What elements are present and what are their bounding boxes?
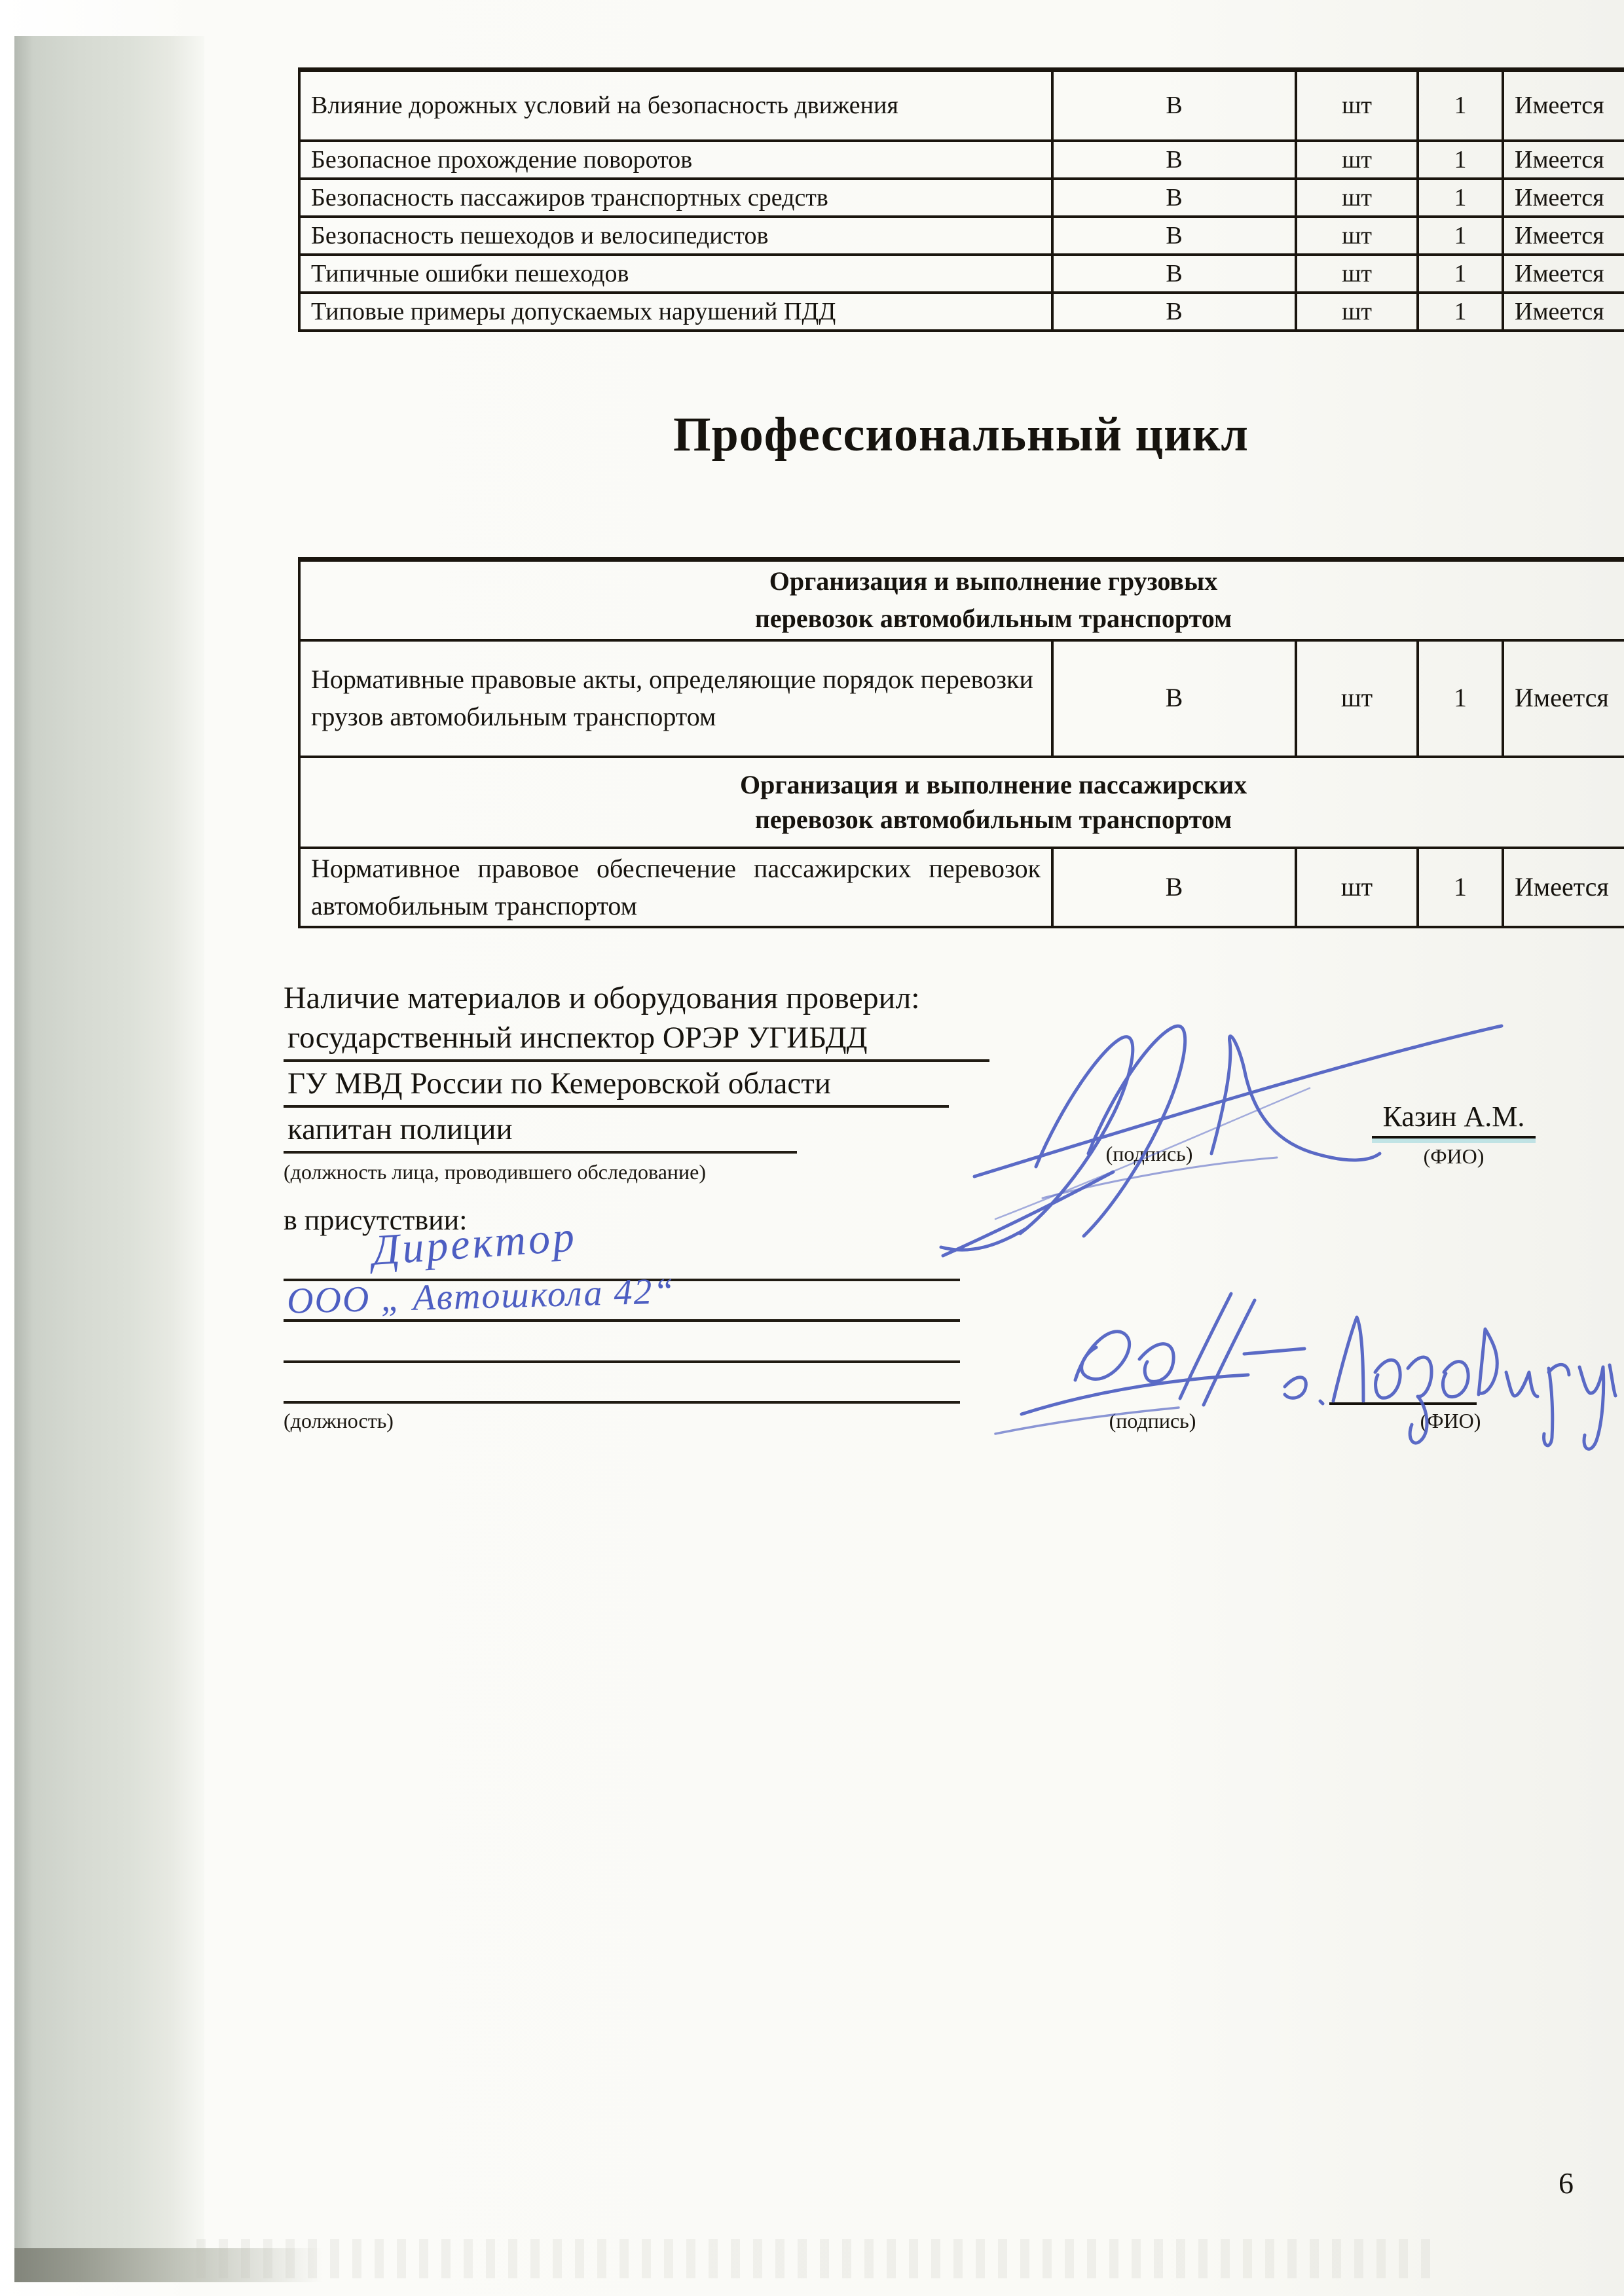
table-row: Типичные ошибки пешеходов В шт 1 Имеется (299, 255, 1624, 293)
grade-cell: В (1052, 179, 1296, 217)
name-caption: (ФИО) (1372, 1144, 1536, 1169)
group-header-line1: Организация и выполнение пассажирских (301, 767, 1624, 803)
qty-cell: 1 (1418, 217, 1503, 255)
position-caption: (должность лица, проводившего обследован… (284, 1160, 706, 1184)
table-row: Нормативное правовое обеспечение пассажи… (299, 848, 1624, 928)
qty-cell: 1 (1418, 141, 1503, 179)
inspector-position-line3: капитан полиции (284, 1112, 797, 1154)
grade-cell: В (1052, 293, 1296, 331)
inspector-signature (941, 1026, 1502, 1256)
table-row: Влияние дорожных условий на безопасность… (299, 70, 1624, 141)
group-header-row: Организация и выполнение грузовых перево… (299, 560, 1624, 640)
unit-cell: шт (1296, 179, 1418, 217)
scan-noise-band (196, 2239, 1441, 2278)
group-header: Организация и выполнение грузовых перево… (299, 560, 1624, 640)
professional-cycle-grid: Организация и выполнение грузовых перево… (298, 557, 1624, 928)
position-caption: (должность) (284, 1409, 394, 1433)
page-number: 6 (1559, 2166, 1574, 2200)
unit-cell: шт (1296, 640, 1418, 757)
equipment-table-grid: Влияние дорожных условий на безопасность… (298, 67, 1624, 332)
group-header-line2: перевозок автомобильным транспортом (301, 802, 1624, 837)
table-row: Безопасность пассажиров транспортных сре… (299, 179, 1624, 217)
professional-cycle-table: Организация и выполнение грузовых перево… (298, 557, 1624, 945)
topic-cell: Типичные ошибки пешеходов (299, 255, 1052, 293)
status-cell: Имеется (1503, 179, 1624, 217)
qty-cell: 1 (1418, 70, 1503, 141)
status-cell: Имеется (1503, 293, 1624, 331)
table-row: Безопасное прохождение поворотов В шт 1 … (299, 141, 1624, 179)
grade-cell: В (1052, 640, 1296, 757)
topic-cell: Нормативное правовое обеспечение пассажи… (299, 848, 1052, 928)
status-cell: Имеется (1503, 70, 1624, 141)
status-cell: Имеется (1503, 141, 1624, 179)
unit-cell: шт (1296, 70, 1418, 141)
name-underline (1329, 1402, 1477, 1405)
status-cell: Имеется (1503, 640, 1624, 757)
scanned-document-page: Влияние дорожных условий на безопасность… (0, 0, 1624, 2296)
group-header-line2: перевозок автомобильным транспортом (311, 600, 1624, 638)
table-row: Нормативные правовые акты, определяющие … (299, 640, 1624, 757)
unit-cell: шт (1296, 255, 1418, 293)
topic-cell: Влияние дорожных условий на безопасность… (299, 70, 1052, 141)
qty-cell: 1 (1418, 179, 1503, 217)
qty-cell: 1 (1418, 293, 1503, 331)
status-cell: Имеется (1503, 217, 1624, 255)
ruled-line (284, 1360, 960, 1363)
group-header-line1: Организация и выполнение грузовых (311, 563, 1624, 600)
scanner-edge-strip (14, 36, 204, 2252)
unit-cell: шт (1296, 848, 1418, 928)
table-row: Безопасность пешеходов и велосипедистов … (299, 217, 1624, 255)
group-header: Организация и выполнение пассажирских пе… (299, 757, 1624, 848)
status-cell: Имеется (1503, 848, 1624, 928)
group-header-row: Организация и выполнение пассажирских пе… (299, 757, 1624, 848)
grade-cell: В (1052, 141, 1296, 179)
qty-cell: 1 (1418, 255, 1503, 293)
signature-caption: (подпись) (1067, 1142, 1231, 1166)
equipment-table: Влияние дорожных условий на безопасность… (298, 67, 1624, 363)
unit-cell: шт (1296, 293, 1418, 331)
grade-cell: В (1052, 848, 1296, 928)
inspection-intro: Наличие материалов и оборудования провер… (284, 980, 920, 1016)
signature-caption: (подпись) (1071, 1409, 1234, 1433)
qty-cell: 1 (1418, 640, 1503, 757)
topic-cell: Типовые примеры допускаемых нарушений ПД… (299, 293, 1052, 331)
inspector-name: Казин А.М. (1372, 1100, 1536, 1139)
status-cell: Имеется (1503, 255, 1624, 293)
topic-cell: Безопасность пассажиров транспортных сре… (299, 179, 1052, 217)
topic-cell: Безопасное прохождение поворотов (299, 141, 1052, 179)
unit-cell: шт (1296, 141, 1418, 179)
grade-cell: В (1052, 217, 1296, 255)
grade-cell: В (1052, 255, 1296, 293)
grade-cell: В (1052, 70, 1296, 141)
ruled-line (284, 1401, 960, 1404)
page-title: Профессиональный цикл (298, 407, 1624, 463)
name-caption: (ФИО) (1369, 1409, 1532, 1433)
inspector-position-line1: государственный инспектор ОРЭР УГИБДД (284, 1020, 989, 1062)
unit-cell: шт (1296, 217, 1418, 255)
qty-cell: 1 (1418, 848, 1503, 928)
topic-cell: Нормативные правовые акты, определяющие … (299, 640, 1052, 757)
topic-cell: Безопасность пешеходов и велосипедистов (299, 217, 1052, 255)
inspector-position-line2: ГУ МВД России по Кемеровской области (284, 1066, 949, 1108)
table-row: Типовые примеры допускаемых нарушений ПД… (299, 293, 1624, 331)
